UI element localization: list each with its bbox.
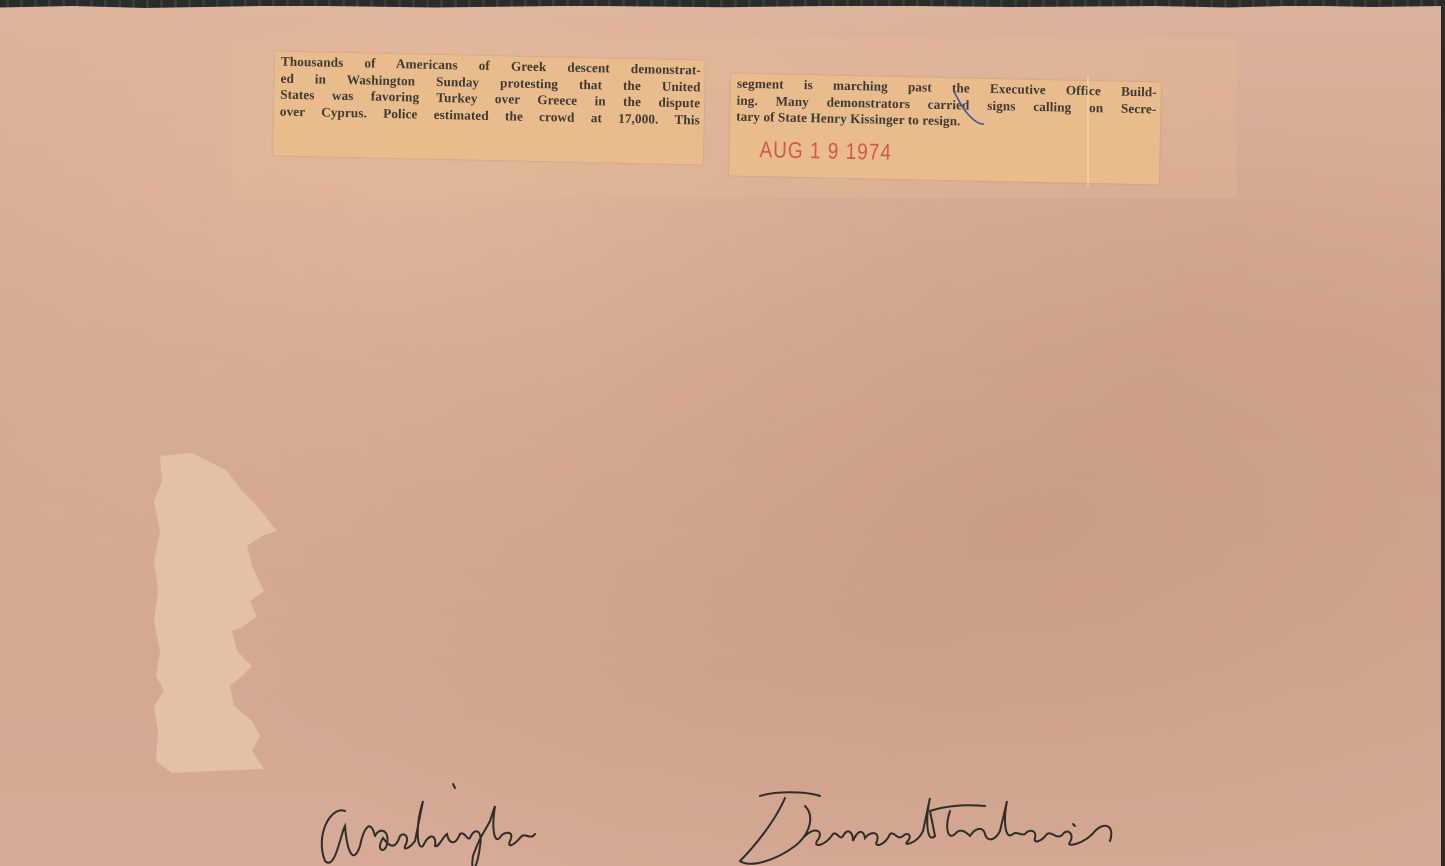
caption-text-right: segment is marching past the Executive O… [736,76,1157,134]
photo-back-paper: Thousands of Americans of Greek descent … [0,6,1441,866]
date-stamp: AUG 1 9 1974 [759,138,892,167]
pen-mark-icon [950,90,990,130]
caption-clipping-left: Thousands of Americans of Greek descent … [273,52,705,165]
handwritten-title: Washington Demonstrations [305,776,1295,866]
glue-residue-patch [152,451,282,776]
caption-clipping-right: segment is marching past the Executive O… [729,74,1161,185]
caption-text-left: Thousands of Americans of Greek descent … [280,54,701,129]
tape-seam [1087,76,1089,186]
right-edge [1441,0,1445,866]
